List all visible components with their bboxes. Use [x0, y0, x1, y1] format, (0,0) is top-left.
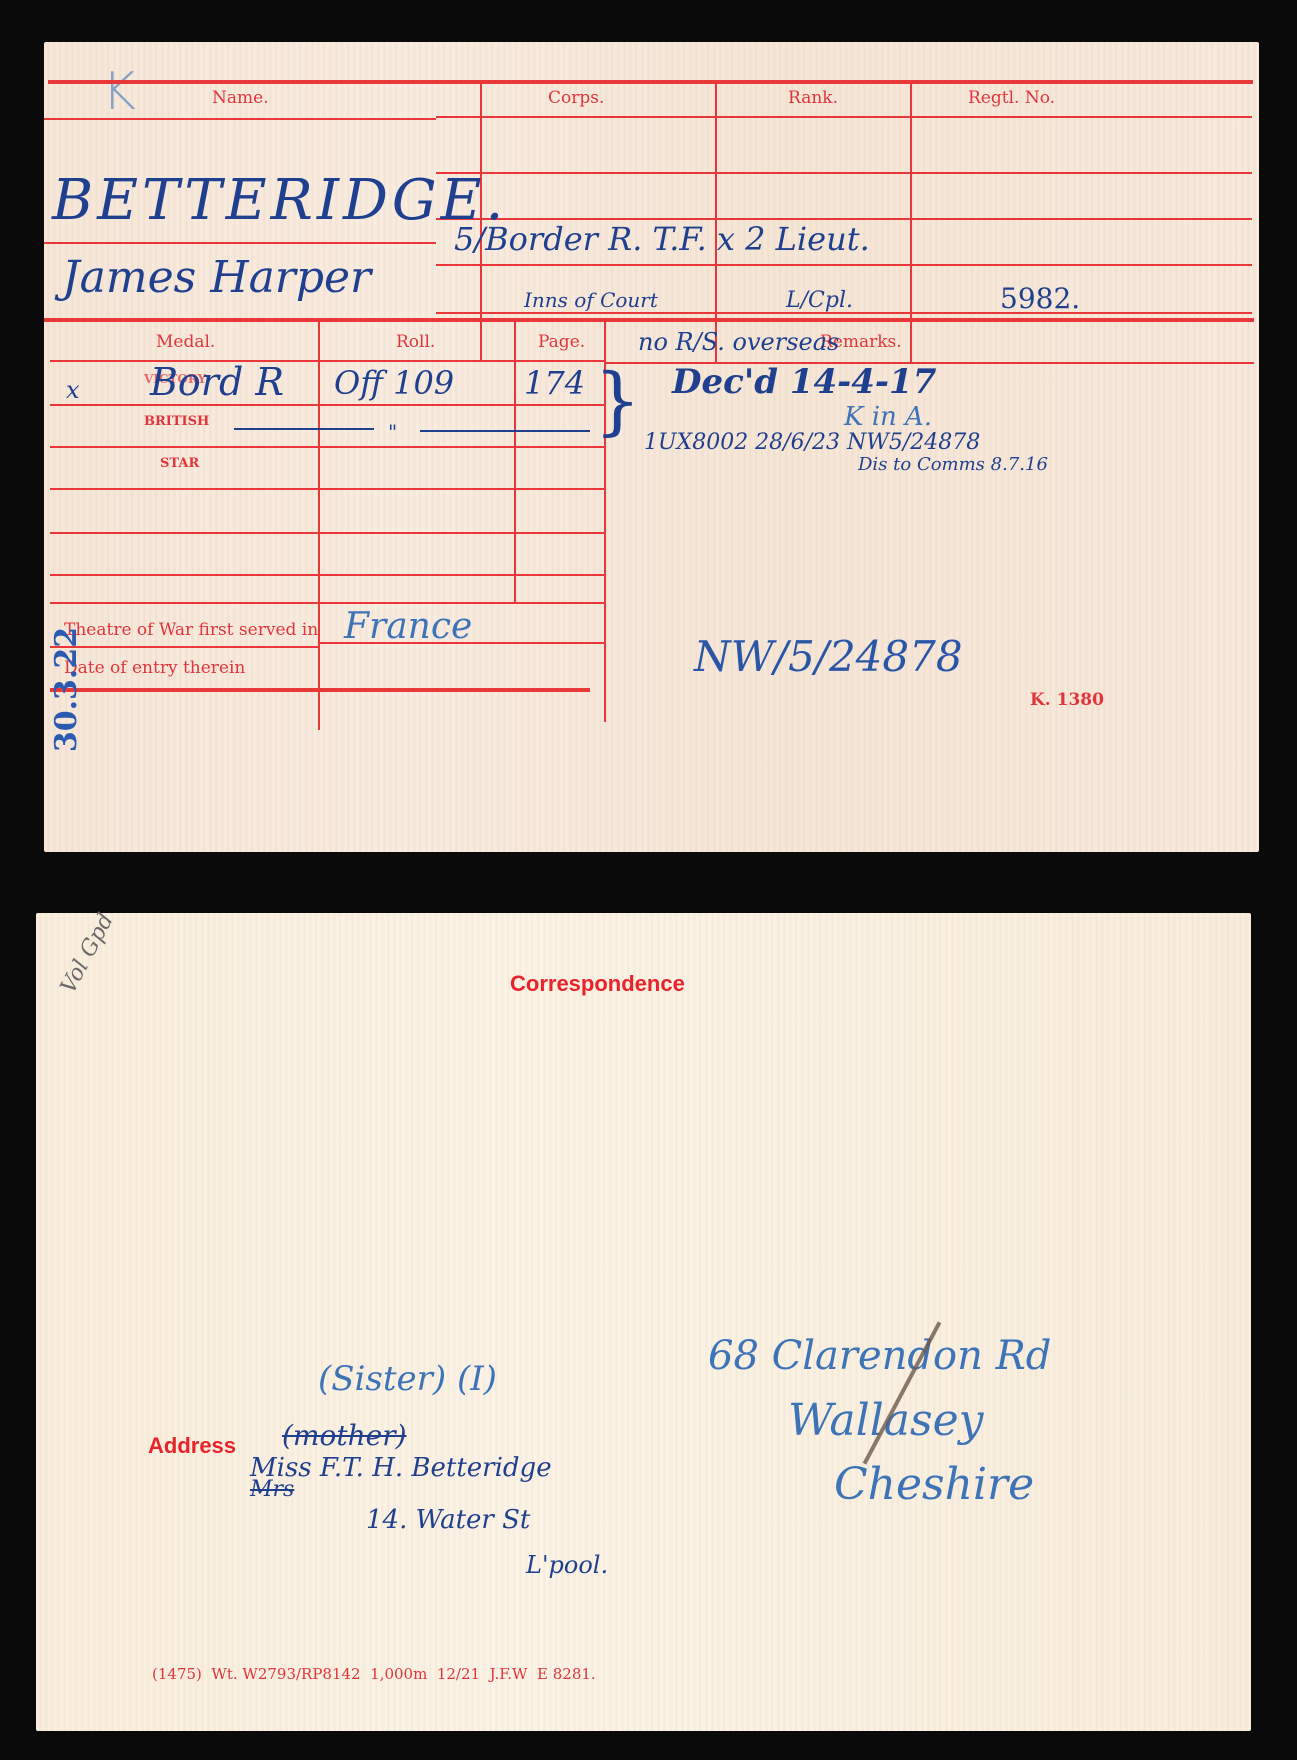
- ditto-line-right: [420, 430, 590, 432]
- bracket: }: [594, 358, 641, 444]
- header-rank: Rank.: [788, 88, 838, 108]
- corner-pencil-note: Vol Gpd: [56, 909, 119, 997]
- medal-row-medal: Bord R: [150, 360, 284, 404]
- header-roll: Roll.: [396, 332, 435, 352]
- medal-row2-roll-ditto: ": [388, 420, 397, 444]
- new-address-line-3: Cheshire: [834, 1459, 1034, 1510]
- corps-entry-2: Inns of Court: [524, 288, 658, 312]
- new-address-line-1: 68 Clarendon Rd: [708, 1333, 1051, 1379]
- medal-row-roll: Off 109: [334, 364, 454, 402]
- printed-british: BRITISH: [144, 414, 209, 429]
- remarks-line1: Dec'd 14-4-17: [672, 362, 936, 402]
- regtl-no-entry: 5982.: [1000, 282, 1080, 315]
- form-number: K. 1380: [1030, 690, 1104, 710]
- printed-star: STAR: [160, 456, 199, 471]
- pencil-mark-top: K: [102, 62, 136, 122]
- corps-entry: 5/Border R. T.F. x 2 Lieut.: [454, 220, 870, 258]
- reference-number: NW/5/24878: [694, 632, 963, 681]
- correspondence-title: Correspondence: [510, 971, 685, 997]
- relation-struck: (mother): [282, 1419, 407, 1452]
- date-entry-label: Date of entry therein: [64, 658, 245, 678]
- address-line-3: L'pool.: [526, 1551, 608, 1579]
- remarks-line4: Dis to Comms 8.7.16: [858, 454, 1048, 475]
- forenames: James Harper: [62, 252, 371, 303]
- remarks-line2: K in A.: [844, 402, 932, 432]
- ditto-line-left: [234, 428, 374, 430]
- remarks-line3: 1UX8002 28/6/23 NW5/24878: [644, 430, 980, 455]
- address-label: Address: [148, 1433, 236, 1459]
- header-regtl-no: Regtl. No.: [968, 88, 1055, 108]
- medal-index-card-back: Vol Gpd Correspondence (Sister) (I) Addr…: [36, 913, 1251, 1731]
- header-medal: Medal.: [156, 332, 215, 352]
- address-line-2: 14. Water St: [366, 1505, 530, 1535]
- theatre-label: Theatre of War first served in: [64, 620, 318, 640]
- medal-row-mark: x: [66, 376, 80, 404]
- remarks-line0: no R/S. overseas: [638, 328, 839, 356]
- header-page: Page.: [538, 332, 585, 352]
- side-note-date: 30.3.22: [49, 627, 84, 752]
- header-corps: Corps.: [548, 88, 604, 108]
- relation: (Sister) (I): [318, 1359, 497, 1399]
- surname: BETTERIDGE.: [52, 168, 507, 233]
- theatre-value: France: [344, 606, 472, 647]
- header-name: Name.: [212, 88, 269, 108]
- address-line-1: Miss F.T. H. Betteridge: [250, 1453, 552, 1483]
- medal-row-page: 174: [524, 364, 585, 402]
- rank-entry: L/Cpl.: [786, 288, 853, 313]
- printer-imprint: (1475) Wt. W2793/RP8142 1,000m 12/21 J.F…: [152, 1665, 596, 1683]
- medal-index-card-front: K Name. Corps. Rank. Regtl. No. BETTERID…: [44, 42, 1259, 852]
